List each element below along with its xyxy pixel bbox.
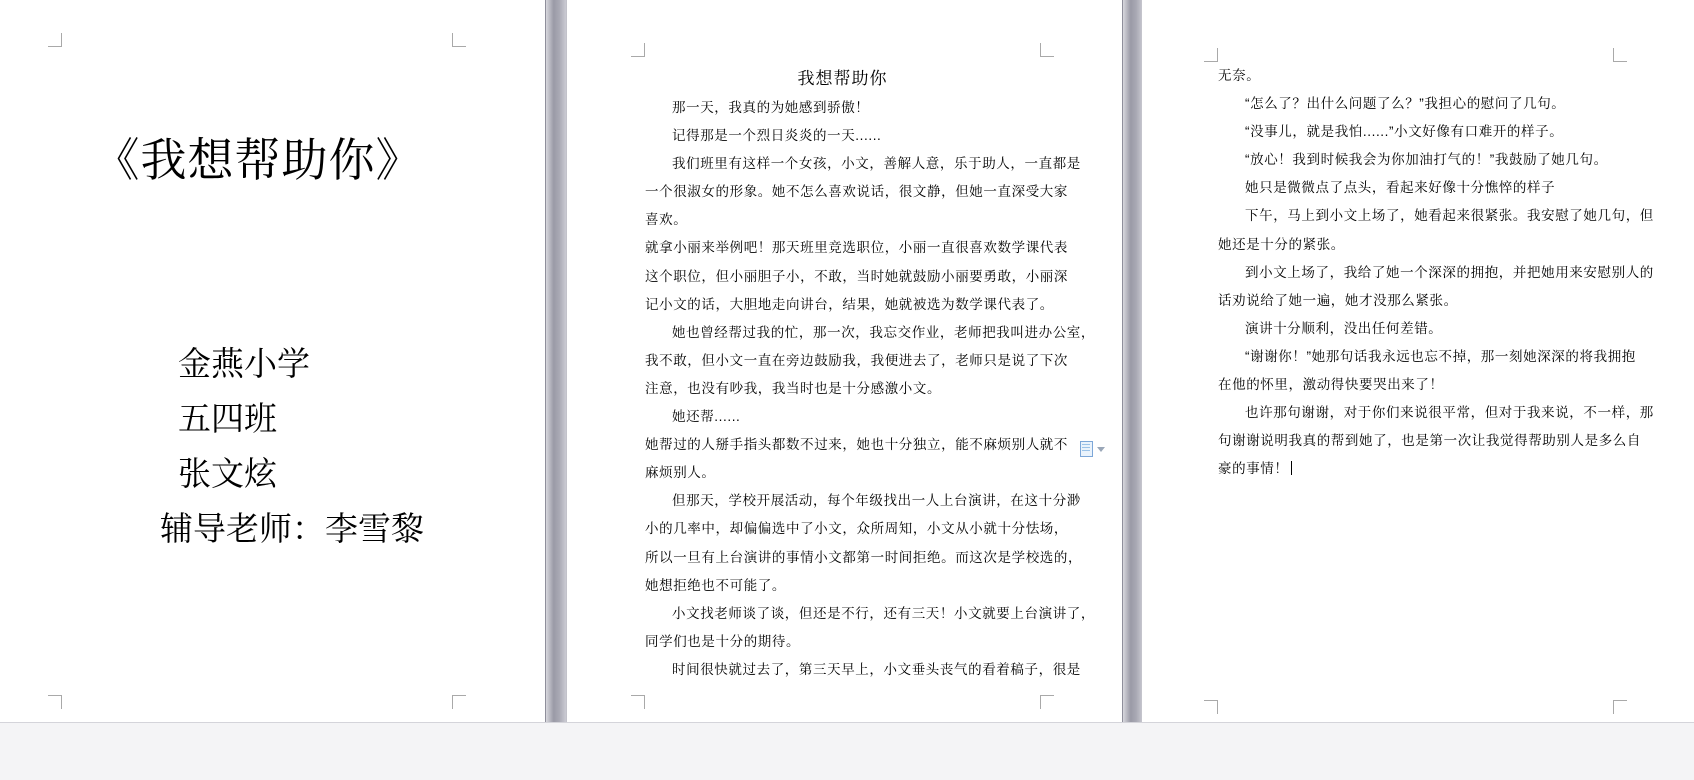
text-line: 她还是十分的紧张。 <box>1218 231 1654 259</box>
margin-crop-mark <box>1613 48 1627 62</box>
essay-body-page3: 无奈。“怎么了？出什么问题了么？”我担心的慰问了几句。“没事儿，就是我怕....… <box>1218 62 1654 483</box>
margin-crop-mark <box>1613 700 1627 714</box>
text-line: 句谢谢说明我真的帮到她了，也是第一次让我觉得帮助别人是多么自 <box>1218 427 1654 455</box>
text-line: 小文找老师谈了谈，但还是不行，还有三天！小文就要上台演讲了， <box>645 600 1095 628</box>
text-line: 我不敢，但小文一直在旁边鼓励我，我便进去了，老师只是说了下次 <box>645 347 1095 375</box>
essay-title: 我想帮助你 <box>645 64 1040 89</box>
text-line: 注意，也没有吵我，我当时也是十分感激小文。 <box>645 375 1095 403</box>
text-line: “怎么了？出什么问题了么？”我担心的慰问了几句。 <box>1218 90 1654 118</box>
text-line: “没事儿，就是我怕......”小文好像有口难开的样子。 <box>1218 118 1654 146</box>
cover-author-block: 金燕小学五四班张文炫辅导老师：李雪黎 <box>160 338 424 558</box>
text-line: 她只是微微点了点头，看起来好像十分憔悴的样子 <box>1218 174 1654 202</box>
margin-crop-mark <box>1040 695 1054 709</box>
bottom-band <box>0 722 1694 780</box>
text-line: 五四班 <box>160 393 424 448</box>
margin-crop-mark <box>452 33 466 47</box>
text-line: 她想拒绝也不可能了。 <box>645 572 1095 600</box>
margin-crop-mark <box>1204 700 1218 714</box>
text-line: 演讲十分顺利，没出任何差错。 <box>1218 315 1654 343</box>
text-line: 下午，马上到小文上场了，她看起来很紧张。我安慰了她几句，但 <box>1218 202 1654 230</box>
paste-options-button[interactable] <box>1080 441 1106 458</box>
text-line: 也许那句谢谢，对于你们来说很平常，但对于我来说，不一样，那 <box>1218 399 1654 427</box>
text-cursor <box>1291 461 1292 475</box>
text-line: 到小文上场了，我给了她一个深深的拥抱，并把她用来安慰别人的 <box>1218 259 1654 287</box>
text-line: 她也曾经帮过我的忙，那一次，我忘交作业，老师把我叫进办公室， <box>645 319 1095 347</box>
margin-crop-mark <box>1204 48 1218 62</box>
cover-title: 《我想帮助你》 <box>62 132 454 190</box>
page-gap-strip <box>1122 0 1144 722</box>
text-line: 小的几率中，却偏偏选中了小文，众所周知，小文从小就十分怯场， <box>645 515 1095 543</box>
text-line: 她还帮...... <box>645 403 1095 431</box>
margin-crop-mark <box>631 43 645 57</box>
text-line: 记小文的话，大胆地走向讲台，结果，她就被选为数学课代表了。 <box>645 291 1095 319</box>
text-line: 麻烦别人。 <box>645 459 1095 487</box>
text-line: 张文炫 <box>160 448 424 503</box>
text-line: 辅导老师：李雪黎 <box>160 503 424 558</box>
text-line: 同学们也是十分的期待。 <box>645 628 1095 656</box>
text-line: 话劝说给了她一遍，她才没那么紧张。 <box>1218 287 1654 315</box>
margin-crop-mark <box>48 33 62 47</box>
document-page-3[interactable]: 无奈。“怎么了？出什么问题了么？”我担心的慰问了几句。“没事儿，就是我怕....… <box>1142 0 1694 722</box>
text-line: 在他的怀里，激动得快要哭出来了！ <box>1218 371 1654 399</box>
text-line: “放心！我到时候我会为你加油打气的！”我鼓励了她几句。 <box>1218 146 1654 174</box>
text-line: 时间很快就过去了，第三天早上，小文垂头丧气的看着稿子，很是 <box>645 656 1095 684</box>
chevron-down-icon <box>1097 447 1105 452</box>
paste-options-icon <box>1080 441 1093 457</box>
text-line: 记得那是一个烈日炎炎的一天...... <box>645 122 1095 150</box>
text-line: 我们班里有这样一个女孩，小文，善解人意，乐于助人，一直都是 <box>645 150 1095 178</box>
text-line: 所以一旦有上台演讲的事情小文都第一时间拒绝。而这次是学校选的， <box>645 544 1095 572</box>
essay-body-page2: 那一天，我真的为她感到骄傲！记得那是一个烈日炎炎的一天......我们班里有这样… <box>645 94 1095 684</box>
text-line: 那一天，我真的为她感到骄傲！ <box>645 94 1095 122</box>
text-line: 她帮过的人掰手指头都数不过来，她也十分独立，能不麻烦别人就不 <box>645 431 1095 459</box>
text-line: 金燕小学 <box>160 338 424 393</box>
text-line: 豪的事情！ <box>1218 455 1654 483</box>
page-gap-strip <box>545 0 567 722</box>
text-line: 一个很淑女的形象。她不怎么喜欢说话，很文静，但她一直深受大家 <box>645 178 1095 206</box>
margin-crop-mark <box>452 695 466 709</box>
text-line: 无奈。 <box>1218 62 1654 90</box>
text-line: 就拿小丽来举例吧！那天班里竞选职位，小丽一直很喜欢数学课代表 <box>645 234 1095 262</box>
margin-crop-mark <box>1040 43 1054 57</box>
text-line: 这个职位，但小丽胆子小，不敢，当时她就鼓励小丽要勇敢，小丽深 <box>645 263 1095 291</box>
text-line: 喜欢。 <box>645 206 1095 234</box>
text-line: 但那天，学校开展活动，每个年级找出一人上台演讲，在这十分渺 <box>645 487 1095 515</box>
document-page-1[interactable]: 《我想帮助你》 金燕小学五四班张文炫辅导老师：李雪黎 <box>0 0 545 722</box>
text-line: “谢谢你！”她那句话我永远也忘不掉，那一刻她深深的将我拥抱 <box>1218 343 1654 371</box>
document-page-2[interactable]: 我想帮助你 那一天，我真的为她感到骄傲！记得那是一个烈日炎炎的一天......我… <box>567 0 1122 722</box>
margin-crop-mark <box>48 695 62 709</box>
margin-crop-mark <box>631 695 645 709</box>
